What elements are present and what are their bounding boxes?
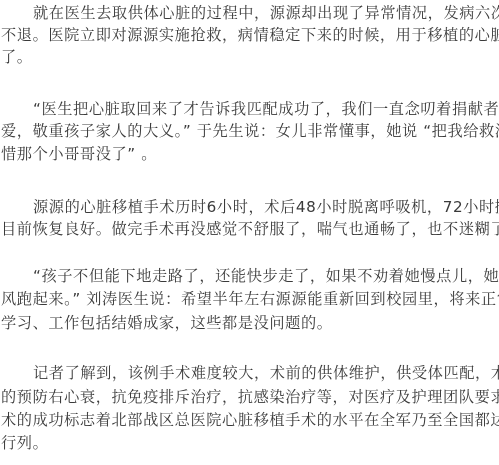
paragraph-line: 了。 (1, 47, 33, 67)
paragraph-line: 爱，敬重孩子家人的大义。” 于先生说：女儿非常懂事，她说 “把我给救活了，可 (1, 121, 499, 141)
paragraph-line: “医生把心脏取回来了才告诉我匹配成功了，我们一直念叨着捐献者的大 (1, 99, 499, 119)
paragraph-line: 就在医生去取供体心脏的过程中，源源却出现了异常情况，发病六次，高烧 (1, 3, 499, 23)
paragraph-line: “孩子不但能下地走路了，还能快步走了，如果不劝着她慢点儿，她都能带 (1, 266, 499, 286)
paragraph-line: 惜那个小哥哥没了” 。 (1, 144, 157, 164)
paragraph-line: 术的成功标志着北部战区总医院心脏移植手术的水平在全军乃至全国都达到了领先 (1, 410, 499, 430)
paragraph-line: 目前恢复良好。做完手术再没感觉不舒服了，喘气也通畅了，也不迷糊了。 (1, 219, 499, 239)
paragraph-line: 不退。医院立即对源源实施抢救，病情稳定下来的时候，用于移植的心脏也取回来 (1, 25, 499, 45)
paragraph-line: 行列。 (1, 433, 48, 453)
paragraph-line: 学习、工作包括结婚成家，这些都是没问题的。 (1, 313, 333, 333)
paragraph-line: 源源的心脏移植手术历时6小时，术后48小时脱离呼吸机，72小时搬出ICU， (1, 197, 499, 217)
paragraph-line: 的预防右心衰，抗免疫排斥治疗，抗感染治疗等，对医疗及护理团队要求极高。手 (1, 387, 499, 407)
paragraph-line: 记者了解到，该例手术难度较大，术前的供体维护，供受体匹配，术后早期 (1, 363, 499, 383)
paragraph-line: 风跑起来。” 刘涛医生说：希望半年左右源源能重新回到校园里，将来正常生活、 (1, 289, 499, 309)
